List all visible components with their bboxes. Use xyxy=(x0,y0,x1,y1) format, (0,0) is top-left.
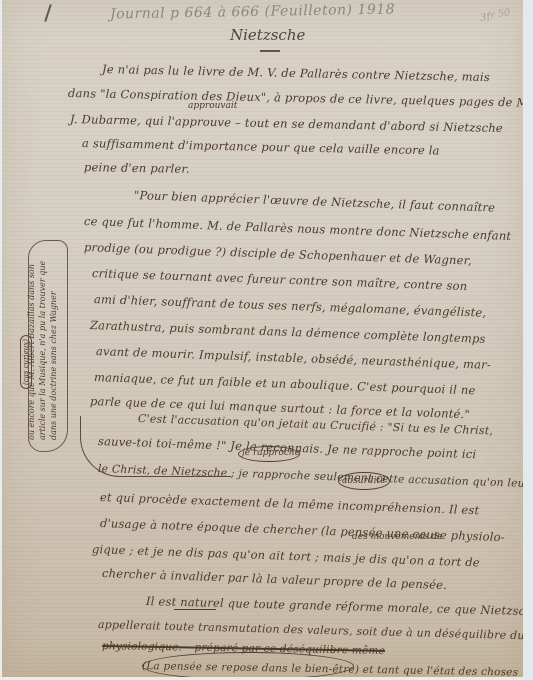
text-line: prodige (ou prodigue ?) disciple de Scho… xyxy=(84,240,472,268)
page-title: Nietzsche xyxy=(230,26,305,44)
circled-phrase xyxy=(142,652,354,677)
text-line: appellerait toute transmutation des vale… xyxy=(98,618,523,642)
text-line: gique ; et je ne dis pas qu'on ait tort … xyxy=(92,542,480,570)
text-line: ami d'hier, souffrant de tous ses nerfs,… xyxy=(94,292,487,320)
margin-connector-line xyxy=(80,416,231,477)
insertion-loop xyxy=(238,446,300,462)
margin-circled-remark: (cas curieux) xyxy=(20,335,32,389)
corner-pencil-mark: 3fr 50 xyxy=(479,7,511,24)
word-underline xyxy=(174,609,216,610)
text-line: chercher à invalider par là la valeur pr… xyxy=(102,566,447,592)
text-line: ce que fut l'homme. M. de Pallarès nous … xyxy=(84,214,512,243)
text-line: peine d'en parler. xyxy=(84,160,190,176)
text-line: "Pour bien apprécier l'œuvre de Nietzsch… xyxy=(134,188,496,215)
text-line: maniaque, ce fut un faible et un abouliq… xyxy=(94,370,476,397)
text-line: et qui procède exactement de la même inc… xyxy=(100,490,480,517)
text-line: critique se tournant avec fureur contre … xyxy=(92,266,468,293)
text-line: d'usage à notre époque de chercher (la p… xyxy=(100,516,505,544)
pencil-mark xyxy=(44,4,51,22)
inserted-phrase: des mouvements de xyxy=(352,532,443,542)
text-line: J. Dubarme, qui l'approuve – tout en se … xyxy=(70,112,503,135)
title-underline xyxy=(260,50,280,52)
text-line: Je n'ai pas lu le livre de M. V. de Pall… xyxy=(102,62,490,84)
text-line: Zarathustra, puis sombrant dans la démen… xyxy=(90,318,486,346)
text-line: avant de mourir. Impulsif, instable, obs… xyxy=(96,344,491,372)
scan-background-edge xyxy=(523,0,533,680)
text-line: a suffisamment d'importance pour que cel… xyxy=(82,136,440,157)
circled-word xyxy=(338,472,390,490)
text-line: Il est naturel que toute grande réforme … xyxy=(146,594,523,618)
pencil-header-annotation: Journal p 664 à 666 (Feuilleton) 1918 xyxy=(110,2,395,23)
text-line: dans "la Conspiration des Dieux", à prop… xyxy=(68,86,523,110)
inserted-word: approuvait xyxy=(188,101,237,111)
manuscript-page: Journal p 664 à 666 (Feuilleton) 1918 3f… xyxy=(2,0,523,677)
